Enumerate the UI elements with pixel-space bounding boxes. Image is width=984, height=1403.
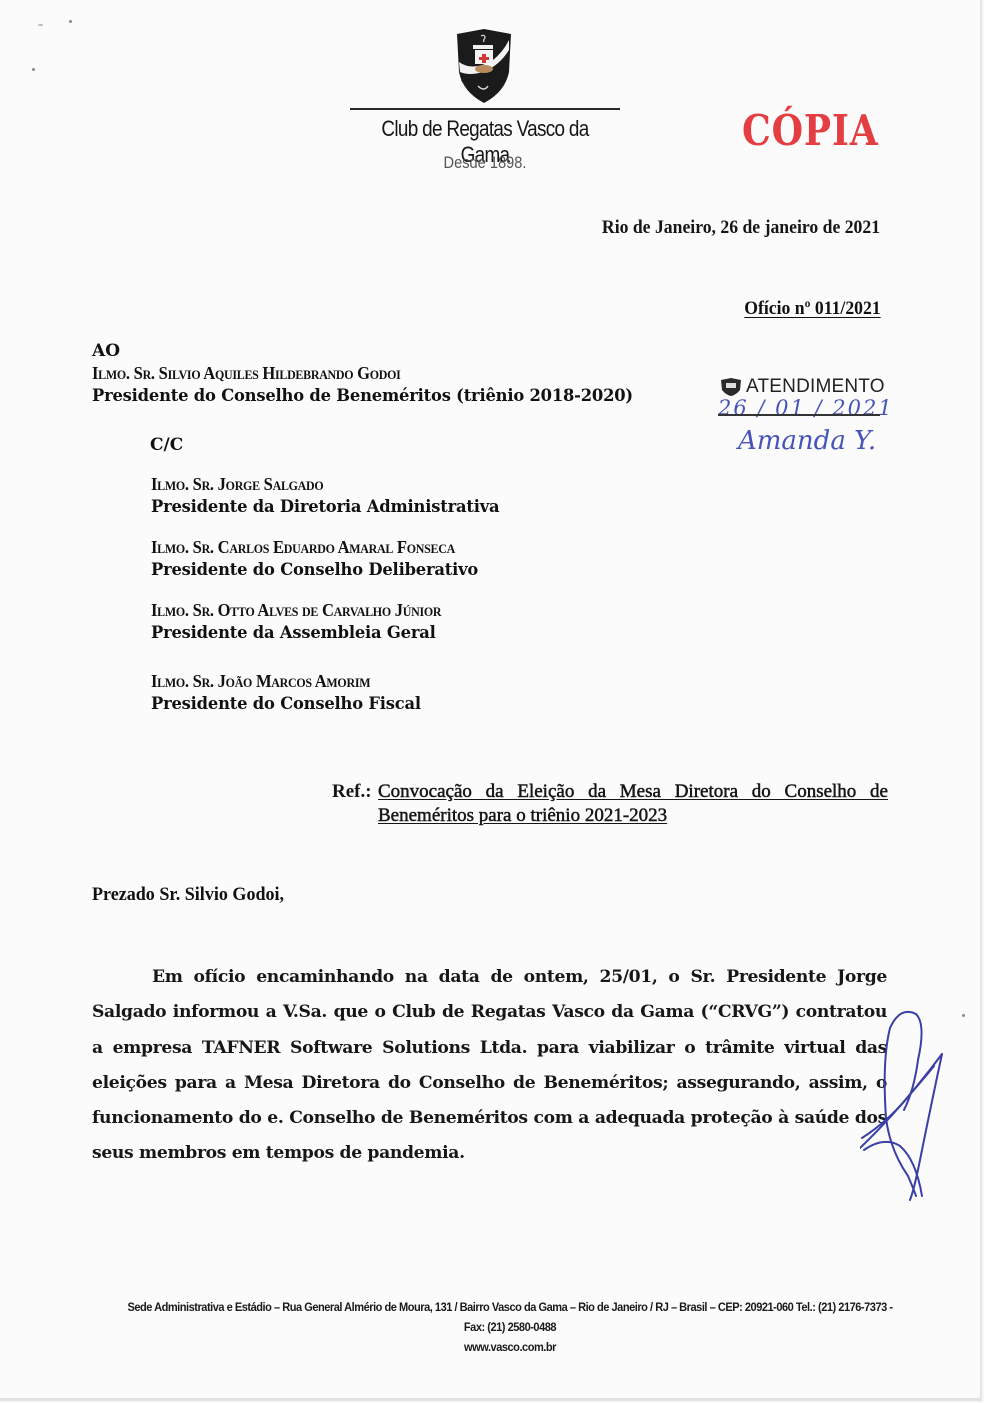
cc-name: Ilmo. Sr. Otto Alves de Carvalho Júnior bbox=[151, 600, 441, 621]
salutation: Prezado Sr. Silvio Godoi, bbox=[92, 884, 284, 906]
club-since: Desde 1898. bbox=[369, 153, 601, 173]
footer-website: www.vasco.com.br bbox=[116, 1338, 903, 1358]
recipient-name: Ilmo. Sr. Silvio Aquiles Hildebrando God… bbox=[92, 363, 401, 384]
recipient-role: Presidente do Conselho de Beneméritos (t… bbox=[92, 386, 633, 406]
to-label: AO bbox=[92, 341, 120, 361]
stamp-date: 26 / 01 / 2021 bbox=[718, 396, 894, 420]
cc-role: Presidente da Assembleia Geral bbox=[151, 623, 436, 643]
vasco-crest-icon bbox=[453, 28, 515, 104]
cc-name: Ilmo. Sr. Jorge Salgado bbox=[151, 474, 323, 495]
place-date: Rio de Janeiro, 26 de janeiro de 2021 bbox=[602, 217, 880, 239]
handwritten-signature bbox=[860, 1000, 984, 1210]
cc-role: Presidente do Conselho Fiscal bbox=[151, 694, 421, 714]
scan-speck bbox=[32, 68, 35, 71]
reference-number: Ofício nº 011/2021 bbox=[745, 298, 881, 320]
stamp-rule bbox=[718, 414, 880, 416]
cc-name: Ilmo. Sr. Carlos Eduardo Amaral Fonseca bbox=[151, 537, 455, 558]
cc-role: Presidente da Diretoria Administrativa bbox=[151, 497, 499, 517]
cc-role: Presidente do Conselho Deliberativo bbox=[151, 560, 478, 580]
scan-speck bbox=[69, 20, 72, 23]
cc-label: C/C bbox=[150, 435, 183, 455]
stamp-title: ATENDIMENTO bbox=[746, 376, 885, 398]
stamp-logo-icon bbox=[720, 378, 742, 396]
ref-subject: Convocação da Eleição da Mesa Diretora d… bbox=[378, 780, 888, 828]
scan-speck bbox=[38, 24, 43, 26]
stamp-signature: Amanda Y. bbox=[738, 426, 876, 456]
footer: Sede Administrativa e Estádio – Rua Gene… bbox=[100, 1298, 920, 1358]
letter-page: Club de Regatas Vasco da Gama Desde 1898… bbox=[0, 0, 982, 1401]
cc-name: Ilmo. Sr. João Marcos Amorim bbox=[151, 671, 370, 692]
header-divider bbox=[350, 108, 620, 110]
receipt-stamp: ATENDIMENTO 26 / 01 / 2021 Amanda Y. bbox=[718, 374, 898, 469]
copy-stamp: CÓPIA bbox=[742, 106, 879, 155]
body-paragraph: Em ofício encaminhando na data de ontem,… bbox=[92, 960, 887, 1172]
ref-label: Ref.: bbox=[332, 780, 372, 804]
footer-address: Sede Administrativa e Estádio – Rua Gene… bbox=[116, 1298, 903, 1338]
